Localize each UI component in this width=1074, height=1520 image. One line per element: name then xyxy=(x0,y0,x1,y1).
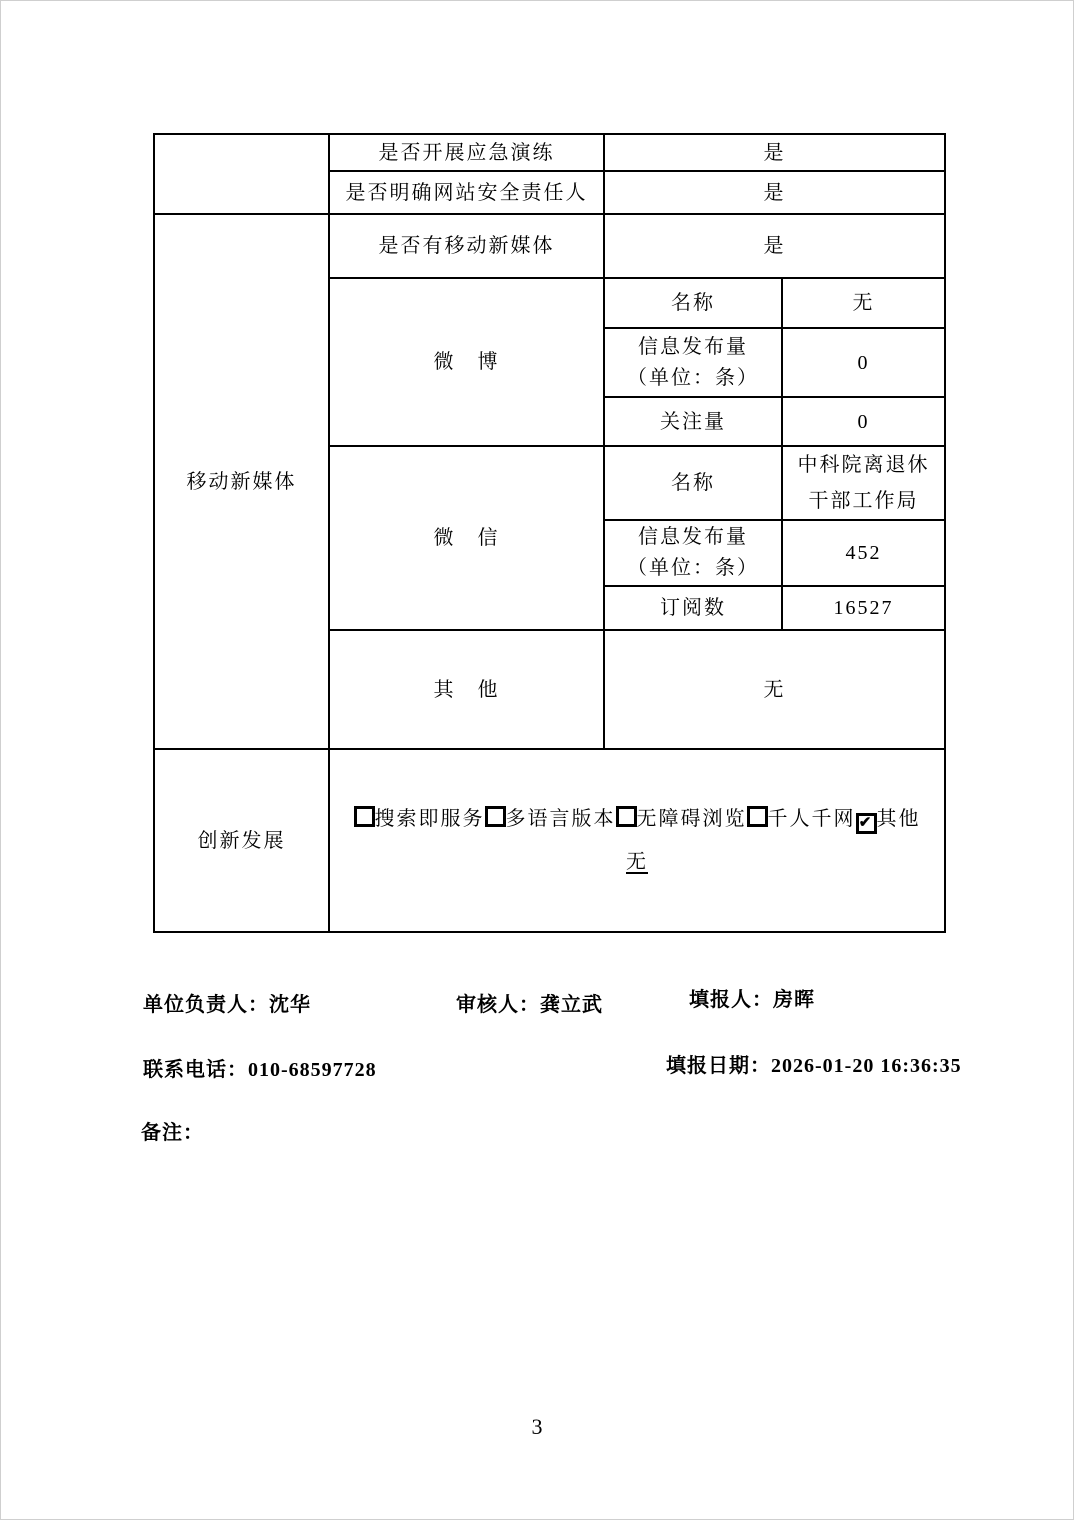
wechat-name-label: 名称 xyxy=(604,446,782,520)
security-officer-label: 是否明确网站安全责任人 xyxy=(329,171,604,214)
emergency-drill-label: 是否开展应急演练 xyxy=(329,134,604,171)
innovation-options-cell: 搜索即服务多语言版本无障碍浏览千人千网其他 无 xyxy=(329,749,945,932)
section-cell-empty xyxy=(154,134,329,214)
report-date-text: 填报日期：2026-01-20 16:36:35 xyxy=(666,1049,962,1078)
checkbox-option-personalized-web: 千人千网 xyxy=(747,803,856,835)
report-page: 是否开展应急演练 是 是否明确网站安全责任人 是 移动新媒体 是否有移动新媒体 … xyxy=(0,0,1074,1520)
weibo-label: 微 博 xyxy=(329,278,604,446)
emergency-drill-value: 是 xyxy=(604,134,945,171)
security-officer-value: 是 xyxy=(604,171,945,214)
innovation-other-text-line: 无 xyxy=(330,846,944,878)
table-row: 移动新媒体 是否有移动新媒体 是 xyxy=(154,214,945,278)
checkbox-option-accessibility: 无障碍浏览 xyxy=(616,803,747,835)
wechat-posts-label-line2: （单位：条） xyxy=(605,553,781,584)
filler-text: 填报人：房晖 xyxy=(689,983,815,1012)
checkbox-unchecked-icon xyxy=(747,806,768,827)
wechat-name-value-text: 中科院离退休干部工作局 xyxy=(798,447,930,519)
checkbox-checked-icon xyxy=(856,813,877,834)
weibo-followers-value: 0 xyxy=(782,397,945,446)
has-mobile-value: 是 xyxy=(604,214,945,278)
checkbox-unchecked-icon xyxy=(354,806,375,827)
weibo-posts-value: 0 xyxy=(782,328,945,397)
table-row: 是否开展应急演练 是 xyxy=(154,134,945,171)
wechat-posts-label-line1: 信息发布量 xyxy=(605,522,781,553)
checkbox-unchecked-icon xyxy=(485,806,506,827)
weibo-name-value: 无 xyxy=(782,278,945,328)
wechat-subscribers-label: 订阅数 xyxy=(604,586,782,630)
report-table: 是否开展应急演练 是 是否明确网站安全责任人 是 移动新媒体 是否有移动新媒体 … xyxy=(153,133,946,933)
mobile-media-section-label: 移动新媒体 xyxy=(154,214,329,749)
weibo-name-label: 名称 xyxy=(604,278,782,328)
wechat-posts-label: 信息发布量 （单位：条） xyxy=(604,520,782,586)
innovation-section-label: 创新发展 xyxy=(154,749,329,932)
checkbox-option-multilingual: 多语言版本 xyxy=(485,803,616,835)
innovation-other-text: 无 xyxy=(626,851,648,873)
checkbox-unchecked-icon xyxy=(616,806,637,827)
weibo-followers-label: 关注量 xyxy=(604,397,782,446)
checkbox-option-other: 其他 xyxy=(856,803,921,835)
weibo-posts-label: 信息发布量 （单位：条） xyxy=(604,328,782,397)
reviewer-text: 审核人：龚立武 xyxy=(456,988,603,1017)
innovation-options-line: 搜索即服务多语言版本无障碍浏览千人千网其他 xyxy=(330,803,944,835)
table-row: 创新发展 搜索即服务多语言版本无障碍浏览千人千网其他 无 xyxy=(154,749,945,932)
checkbox-label: 无障碍浏览 xyxy=(637,808,747,830)
other-media-value: 无 xyxy=(604,630,945,749)
weibo-posts-label-line1: 信息发布量 xyxy=(605,332,781,363)
checkbox-label: 其他 xyxy=(877,808,921,830)
checkbox-label: 多语言版本 xyxy=(506,808,616,830)
checkbox-label: 千人千网 xyxy=(768,808,856,830)
has-mobile-label: 是否有移动新媒体 xyxy=(329,214,604,278)
remarks-label: 备注： xyxy=(141,1116,204,1145)
checkbox-option-search-service: 搜索即服务 xyxy=(354,803,485,835)
wechat-label: 微 信 xyxy=(329,446,604,630)
wechat-subscribers-value: 16527 xyxy=(782,586,945,630)
weibo-posts-label-line2: （单位：条） xyxy=(605,363,781,394)
wechat-name-value: 中科院离退休干部工作局 xyxy=(782,446,945,520)
contact-phone-text: 联系电话：010-68597728 xyxy=(143,1053,377,1082)
page-number: 3 xyxy=(1,1414,1073,1440)
unit-head-text: 单位负责人：沈华 xyxy=(143,988,311,1017)
checkbox-label: 搜索即服务 xyxy=(375,808,485,830)
other-media-label: 其 他 xyxy=(329,630,604,749)
wechat-posts-value: 452 xyxy=(782,520,945,586)
